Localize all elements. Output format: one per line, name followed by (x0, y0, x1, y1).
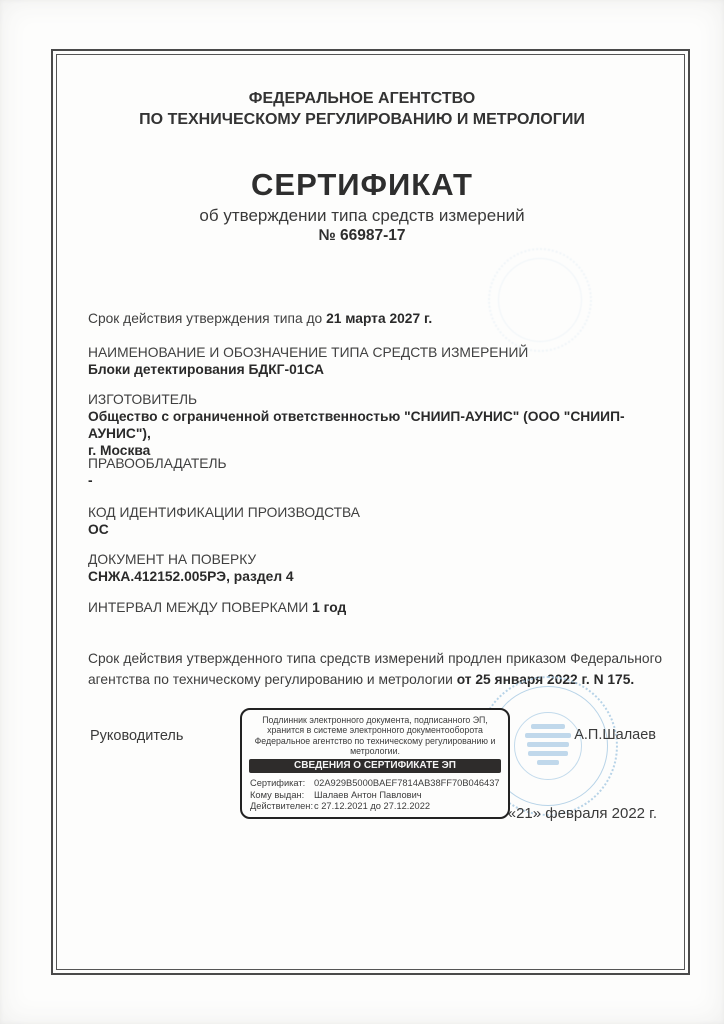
esign-certificate-label: Сертификат: (250, 778, 314, 790)
seal-text-smudge (531, 724, 565, 729)
agency-name-line2: ПО ТЕХНИЧЕСКОМУ РЕГУЛИРОВАНИЮ И МЕТРОЛОГ… (0, 109, 724, 130)
validity-line: Срок действия утверждения типа до 21 мар… (88, 310, 432, 327)
agency-header: ФЕДЕРАЛЬНОЕ АГЕНТСТВО ПО ТЕХНИЧЕСКОМУ РЕ… (0, 88, 724, 130)
seal-text-smudge (525, 733, 571, 738)
signature-date: «21» февраля 2022 г. (508, 805, 657, 822)
field-type-name-value: Блоки детектирования БДКГ-01СА (88, 361, 324, 378)
esign-stamp-bar-title: СВЕДЕНИЯ О СЕРТИФИКАТЕ ЭП (249, 759, 501, 773)
certificate-title: СЕРТИФИКАТ (0, 167, 724, 203)
validity-value: 21 марта 2027 г. (326, 311, 432, 326)
verification-interval-label: ИНТЕРВАЛ МЕЖДУ ПОВЕРКАМИ (88, 600, 312, 615)
esign-certificate-row: Сертификат: 02A929B5000BAEF7814AB38FF70B… (250, 778, 508, 790)
field-rightholder-value: - (88, 472, 93, 489)
esign-stamp-details: Сертификат: 02A929B5000BAEF7814AB38FF70B… (250, 778, 508, 813)
field-manufacturer-label: ИЗГОТОВИТЕЛЬ (88, 391, 197, 408)
seal-text-smudge (528, 751, 568, 756)
field-production-code-value: ОС (88, 521, 109, 538)
signature-name: А.П.Шалаев (574, 727, 656, 743)
esign-issued-to-value: Шалаев Антон Павлович (314, 790, 508, 802)
field-production-code-label: КОД ИДЕНТИФИКАЦИИ ПРОИЗВОДСТВА (88, 504, 360, 521)
field-verification-doc-label: ДОКУМЕНТ НА ПОВЕРКУ (88, 551, 256, 568)
esign-stamp-intro-text: Подлинник электронного документа, подпис… (249, 715, 501, 756)
esign-valid-label: Действителен: (250, 801, 314, 813)
faint-seal-stamp (488, 248, 592, 352)
faint-seal-inner-ring (498, 258, 582, 342)
certificate-subtitle: об утверждении типа средств измерений (0, 206, 724, 226)
validity-label: Срок действия утверждения типа до (88, 311, 326, 326)
esign-stamp-box: Подлинник электронного документа, подпис… (240, 708, 510, 819)
esign-certificate-value: 02A929B5000BAEF7814AB38FF70B046437 (314, 778, 508, 790)
esign-issued-to-label: Кому выдан: (250, 790, 314, 802)
signature-role: Руководитель (90, 728, 183, 744)
field-rightholder-label: ПРАВООБЛАДАТЕЛЬ (88, 455, 227, 472)
field-type-name-label: НАИМЕНОВАНИЕ И ОБОЗНАЧЕНИЕ ТИПА СРЕДСТВ … (88, 344, 528, 361)
field-verification-doc-value: СНЖА.412152.005РЭ, раздел 4 (88, 568, 294, 585)
esign-issued-to-row: Кому выдан: Шалаев Антон Павлович (250, 790, 508, 802)
certificate-number: № 66987-17 (0, 227, 724, 245)
field-manufacturer-value: Общество с ограниченной ответственностью… (88, 408, 678, 459)
seal-text-smudge (527, 742, 569, 747)
esign-valid-row: Действителен: с 27.12.2021 до 27.12.2022 (250, 801, 508, 813)
agency-name-line1: ФЕДЕРАЛЬНОЕ АГЕНТСТВО (0, 88, 724, 109)
verification-interval-value: 1 год (312, 600, 346, 615)
esign-valid-value: с 27.12.2021 до 27.12.2022 (314, 801, 508, 813)
seal-text-smudge (537, 760, 559, 765)
certificate-page: ФЕДЕРАЛЬНОЕ АГЕНТСТВО ПО ТЕХНИЧЕСКОМУ РЕ… (0, 0, 724, 1024)
verification-interval-line: ИНТЕРВАЛ МЕЖДУ ПОВЕРКАМИ 1 год (88, 599, 346, 616)
